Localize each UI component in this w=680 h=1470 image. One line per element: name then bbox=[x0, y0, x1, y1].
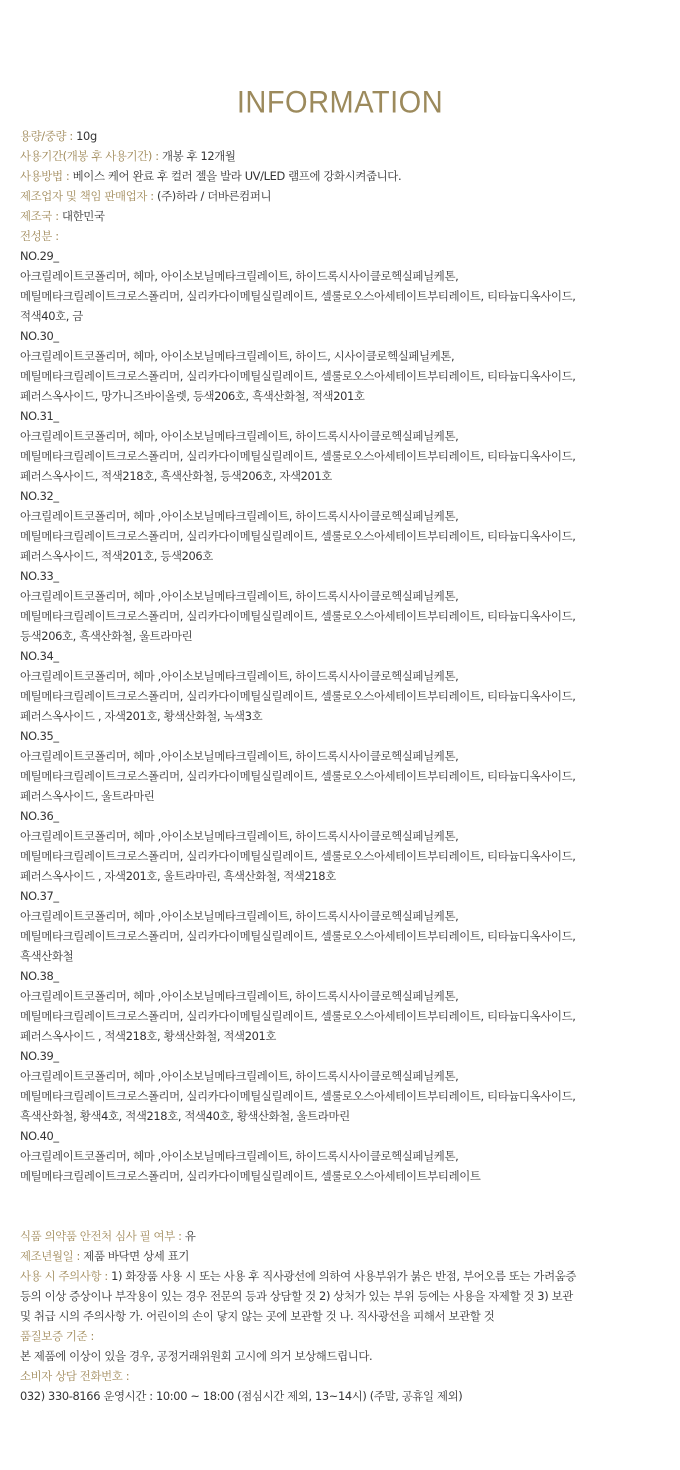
quality-guarantee-value: 본 제품에 이상이 있을 경우, 공정거래위원회 고시에 의거 보상해드립니다. bbox=[20, 1346, 670, 1366]
info-value: 10g bbox=[73, 129, 97, 143]
ingredient-block-37: NO.37_ 아크릴레이트코폴리머, 헤마 ,아이소보닐메타크릴레이트, 하이드… bbox=[20, 886, 670, 966]
ingredient-number: NO.30_ bbox=[20, 326, 670, 346]
info-label: 사용방법 : bbox=[20, 169, 69, 183]
ingredient-block-35: NO.35_ 아크릴레이트코폴리머, 헤마 ,아이소보닐메타크릴레이트, 하이드… bbox=[20, 726, 670, 806]
ingredient-block-32: NO.32_ 아크릴레이트코폴리머, 헤마 ,아이소보닐메타크릴레이트, 하이드… bbox=[20, 486, 670, 566]
info-value: (주)하라 / 더바른컴퍼니 bbox=[154, 189, 271, 203]
quality-guarantee-label: 품질보증 기준 : bbox=[20, 1326, 670, 1346]
ingredient-line: 아크릴레이트코폴리머, 헤마 ,아이소보닐메타크릴레이트, 하이드록시사이클로헥… bbox=[20, 906, 670, 926]
ingredient-line: 메틸메타크릴레이트크로스폴리머, 실리카다이메틸실릴레이트, 셀룰로오스아세테이… bbox=[20, 606, 670, 626]
ingredient-line: 페러스옥사이드 , 적색218호, 황색산화철, 적색201호 bbox=[20, 1026, 670, 1046]
ingredient-line: 등색206호, 흑색산화철, 울트라마린 bbox=[20, 626, 670, 646]
ingredient-block-39: NO.39_ 아크릴레이트코폴리머, 헤마 ,아이소보닐메타크릴레이트, 하이드… bbox=[20, 1046, 670, 1126]
info-row-precautions: 사용 시 주의사항 : 1) 화장품 사용 시 또는 사용 후 직사광선에 의하… bbox=[20, 1266, 670, 1286]
page-title: INFORMATION bbox=[0, 82, 680, 125]
ingredient-line: 페러스옥사이드 , 자색201호, 울트라마린, 흑색산화철, 적색218호 bbox=[20, 866, 670, 886]
info-value: 유 bbox=[182, 1229, 196, 1243]
consumer-phone-value: 032) 330-8166 운영시간 : 10:00 ~ 18:00 (점심시간… bbox=[20, 1386, 670, 1406]
ingredient-line: 아크릴레이트코폴리머, 헤마 ,아이소보닐메타크릴레이트, 하이드록시사이클로헥… bbox=[20, 986, 670, 1006]
ingredient-block-31: NO.31_ 아크릴레이트코폴리머, 헤마, 아이소보닐메타크릴레이트, 하이드… bbox=[20, 406, 670, 486]
info-label: 제조업자 및 책임 판매업자 : bbox=[20, 189, 154, 203]
ingredient-line: 메틸메타크릴레이트크로스폴리머, 실리카다이메틸실릴레이트, 셀룰로오스아세테이… bbox=[20, 766, 670, 786]
info-label: 용량/중량 : bbox=[20, 129, 73, 143]
ingredient-line: 페러스옥사이드, 망가니즈바이올렛, 등색206호, 흑색산화철, 적색201호 bbox=[20, 386, 670, 406]
ingredient-line: 메틸메타크릴레이트크로스폴리머, 실리카다이메틸실릴레이트, 셀룰로오스아세테이… bbox=[20, 1086, 670, 1106]
ingredient-line: 메틸메타크릴레이트크로스폴리머, 실리카다이메틸실릴레이트, 셀룰로오스아세테이… bbox=[20, 446, 670, 466]
info-value: 제품 바닥면 상세 표기 bbox=[80, 1249, 189, 1263]
ingredient-line: 메틸메타크릴레이트크로스폴리머, 실리카다이메틸실릴레이트, 셀룰로오스아세테이… bbox=[20, 286, 670, 306]
ingredient-line: 아크릴레이트코폴리머, 헤마 ,아이소보닐메타크릴레이트, 하이드록시사이클로헥… bbox=[20, 746, 670, 766]
info-row-capacity: 용량/중량 : 10g bbox=[20, 126, 670, 146]
product-information-page: INFORMATION 용량/중량 : 10g 사용기간(개봉 후 사용기간) … bbox=[0, 0, 680, 1470]
ingredient-line: 적색40호, 금 bbox=[20, 306, 670, 326]
info-value: 베이스 케어 완료 후 컬러 젤을 발라 UV/LED 램프에 강화시켜줍니다. bbox=[69, 169, 401, 183]
ingredient-number: NO.39_ bbox=[20, 1046, 670, 1066]
precautions-line: 및 취급 시의 주의사항 가. 어린이의 손이 닿지 않는 곳에 보관할 것 나… bbox=[20, 1306, 670, 1326]
extra-info-section: 식품 의약품 안전처 심사 필 여부 : 유 제조년월일 : 제품 바닥면 상세… bbox=[20, 1226, 670, 1406]
ingredient-number: NO.40_ bbox=[20, 1126, 670, 1146]
ingredient-line: 아크릴레이트코폴리머, 헤마 ,아이소보닐메타크릴레이트, 하이드록시사이클로헥… bbox=[20, 506, 670, 526]
ingredient-line: 메틸메타크릴레이트크로스폴리머, 실리카다이메틸실릴레이트, 셀룰로오스아세테이… bbox=[20, 686, 670, 706]
ingredient-number: NO.31_ bbox=[20, 406, 670, 426]
info-label: 제조국 : bbox=[20, 209, 59, 223]
ingredient-line: 아크릴레이트코폴리머, 헤마, 아이소보닐메타크릴레이트, 하이드록시사이클로헥… bbox=[20, 266, 670, 286]
ingredient-block-29: NO.29_ 아크릴레이트코폴리머, 헤마, 아이소보닐메타크릴레이트, 하이드… bbox=[20, 246, 670, 326]
ingredient-block-30: NO.30_ 아크릴레이트코폴리머, 헤마, 아이소보닐메타크릴레이트, 하이드… bbox=[20, 326, 670, 406]
info-value: 대한민국 bbox=[59, 209, 105, 223]
ingredient-line: 메틸메타크릴레이트크로스폴리머, 실리카다이메틸실릴레이트, 셀룰로오스아세테이… bbox=[20, 366, 670, 386]
info-row-country: 제조국 : 대한민국 bbox=[20, 206, 670, 226]
ingredient-line: 페러스옥사이드, 적색218호, 흑색산화철, 등색206호, 자색201호 bbox=[20, 466, 670, 486]
info-row-usage-period: 사용기간(개봉 후 사용기간) : 개봉 후 12개월 bbox=[20, 146, 670, 166]
info-value: 1) 화장품 사용 시 또는 사용 후 직사광선에 의하여 사용부위가 붉은 반… bbox=[108, 1269, 576, 1283]
ingredient-line: 아크릴레이트코폴리머, 헤마 ,아이소보닐메타크릴레이트, 하이드록시사이클로헥… bbox=[20, 586, 670, 606]
ingredient-block-40: NO.40_ 아크릴레이트코폴리머, 헤마 ,아이소보닐메타크릴레이트, 하이드… bbox=[20, 1126, 670, 1186]
info-label: 사용기간(개봉 후 사용기간) : bbox=[20, 149, 159, 163]
ingredient-block-33: NO.33_ 아크릴레이트코폴리머, 헤마 ,아이소보닐메타크릴레이트, 하이드… bbox=[20, 566, 670, 646]
ingredient-block-38: NO.38_ 아크릴레이트코폴리머, 헤마 ,아이소보닐메타크릴레이트, 하이드… bbox=[20, 966, 670, 1046]
ingredient-line: 아크릴레이트코폴리머, 헤마 ,아이소보닐메타크릴레이트, 하이드록시사이클로헥… bbox=[20, 666, 670, 686]
ingredient-line: 메틸메타크릴레이트크로스폴리머, 실리카다이메틸실릴레이트, 셀룰로오스아세테이… bbox=[20, 526, 670, 546]
ingredient-number: NO.32_ bbox=[20, 486, 670, 506]
info-label: 전성분 : bbox=[20, 229, 59, 243]
info-label: 사용 시 주의사항 : bbox=[20, 1269, 108, 1283]
info-row-food-drug-review: 식품 의약품 안전처 심사 필 여부 : 유 bbox=[20, 1226, 670, 1246]
ingredient-line: 아크릴레이트코폴리머, 헤마, 아이소보닐메타크릴레이트, 하이드록시사이클로헥… bbox=[20, 426, 670, 446]
ingredient-line: 메틸메타크릴레이트크로스폴리머, 실리카다이메틸실릴레이트, 셀룰로오스아세테이… bbox=[20, 1006, 670, 1026]
ingredients-list: NO.29_ 아크릴레이트코폴리머, 헤마, 아이소보닐메타크릴레이트, 하이드… bbox=[20, 246, 670, 1186]
ingredient-block-36: NO.36_ 아크릴레이트코폴리머, 헤마 ,아이소보닐메타크릴레이트, 하이드… bbox=[20, 806, 670, 886]
precautions-line: 등의 이상 증상이나 부작용이 있는 경우 전문의 등과 상담할 것 2) 상처… bbox=[20, 1286, 670, 1306]
info-row-usage-method: 사용방법 : 베이스 케어 완료 후 컬러 젤을 발라 UV/LED 램프에 강… bbox=[20, 166, 670, 186]
info-value: 개봉 후 12개월 bbox=[159, 149, 236, 163]
ingredient-block-34: NO.34_ 아크릴레이트코폴리머, 헤마 ,아이소보닐메타크릴레이트, 하이드… bbox=[20, 646, 670, 726]
ingredient-number: NO.34_ bbox=[20, 646, 670, 666]
info-label: 식품 의약품 안전처 심사 필 여부 : bbox=[20, 1229, 182, 1243]
ingredient-line: 메틸메타크릴레이트크로스폴리머, 실리카다이메틸실릴레이트, 셀룰로오스아세테이… bbox=[20, 846, 670, 866]
ingredient-line: 아크릴레이트코폴리머, 헤마 ,아이소보닐메타크릴레이트, 하이드록시사이클로헥… bbox=[20, 1146, 670, 1166]
ingredient-line: 아크릴레이트코폴리머, 헤마, 아이소보닐메타크릴레이트, 하이드, 시사이클로… bbox=[20, 346, 670, 366]
ingredient-line: 메틸메타크릴레이트크로스폴리머, 실리카다이메틸실릴레이트, 셀룰로오스아세테이… bbox=[20, 926, 670, 946]
ingredient-line: 흑색산화철 bbox=[20, 946, 670, 966]
ingredient-number: NO.38_ bbox=[20, 966, 670, 986]
consumer-phone-label: 소비자 상담 전화번호 : bbox=[20, 1366, 670, 1386]
ingredient-line: 페러스옥사이드, 울트라마린 bbox=[20, 786, 670, 806]
ingredient-number: NO.37_ bbox=[20, 886, 670, 906]
ingredient-number: NO.36_ bbox=[20, 806, 670, 826]
ingredient-line: 흑색산화철, 황색4호, 적색218호, 적색40호, 황색산화철, 울트라마린 bbox=[20, 1106, 670, 1126]
ingredient-number: NO.35_ bbox=[20, 726, 670, 746]
basic-info-section: 용량/중량 : 10g 사용기간(개봉 후 사용기간) : 개봉 후 12개월 … bbox=[20, 126, 670, 1186]
ingredient-line: 페러스옥사이드 , 자색201호, 황색산화철, 녹색3호 bbox=[20, 706, 670, 726]
ingredient-line: 아크릴레이트코폴리머, 헤마 ,아이소보닐메타크릴레이트, 하이드록시사이클로헥… bbox=[20, 1066, 670, 1086]
info-row-manufacture-date: 제조년월일 : 제품 바닥면 상세 표기 bbox=[20, 1246, 670, 1266]
ingredient-line: 페러스옥사이드, 적색201호, 등색206호 bbox=[20, 546, 670, 566]
ingredient-number: NO.29_ bbox=[20, 246, 670, 266]
ingredient-number: NO.33_ bbox=[20, 566, 670, 586]
info-label: 제조년월일 : bbox=[20, 1249, 80, 1263]
info-row-ingredients: 전성분 : bbox=[20, 226, 670, 246]
ingredient-line: 메틸메타크릴레이트크로스폴리머, 실리카다이메틸실릴레이트, 셀룰로오스아세테이… bbox=[20, 1166, 670, 1186]
info-row-manufacturer: 제조업자 및 책임 판매업자 : (주)하라 / 더바른컴퍼니 bbox=[20, 186, 670, 206]
ingredient-line: 아크릴레이트코폴리머, 헤마 ,아이소보닐메타크릴레이트, 하이드록시사이클로헥… bbox=[20, 826, 670, 846]
